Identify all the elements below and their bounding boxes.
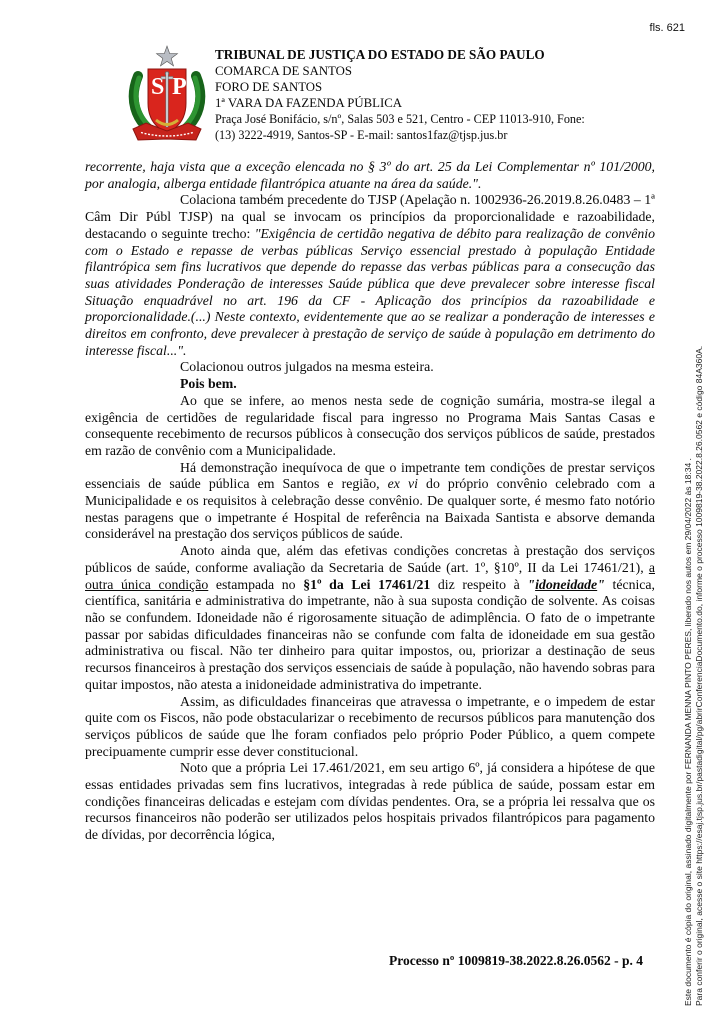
text-segment: ex vi [388,476,418,491]
text-segment: estampada no [208,577,303,592]
text-segment: Ao que se infere, ao menos nesta sede de… [85,393,655,458]
text-segment: §1º da Lei 17461/21 [303,577,430,592]
document-body: recorrente, haja vista que a exceção ele… [85,159,655,844]
court-name: TRIBUNAL DE JUSTIÇA DO ESTADO DE SÃO PAU… [215,47,655,63]
signature-note-line-1: Este documento é cópia do original, assi… [683,11,694,1006]
text-segment: Noto que a própria Lei 17.461/2021, em s… [85,760,655,842]
text-segment: Anoto ainda que, além das efetivas condi… [85,543,655,575]
vara-name: 1ª VARA DA FAZENDA PÚBLICA [215,95,655,111]
letterhead: TRIBUNAL DE JUSTIÇA DO ESTADO DE SÃO PAU… [215,47,655,143]
paragraph: Há demonstração inequívoca de que o impe… [85,460,655,544]
folio-number: fls. 621 [650,22,685,34]
digital-signature-note: Este documento é cópia do original, assi… [683,11,705,1006]
paragraph: Colaciona também precedente do TJSP (Ape… [85,192,655,359]
signature-note-line-2: Para conferir o original, acesse o site … [694,11,705,1006]
document-page: fls. 621 S P TRIBUNAL DE JUSTIÇA DO ESTA… [0,0,713,1009]
text-segment: Assim, as dificuldades financeiras que a… [85,694,655,759]
paragraph: Assim, as dificuldades financeiras que a… [85,694,655,761]
text-segment: técnica, científica, sanitária e adminis… [85,577,655,692]
paragraph: recorrente, haja vista que a exceção ele… [85,159,655,192]
text-segment: " [597,577,605,592]
shield-letter-p: P [172,74,187,100]
text-segment: idoneidade [535,577,597,592]
text-segment: Colacionou outros julgados na mesma este… [180,359,434,374]
text-segment: Pois bem. [180,376,237,391]
paragraph: Noto que a própria Lei 17.461/2021, em s… [85,760,655,844]
sword-blade [166,72,169,127]
paragraph: Colacionou outros julgados na mesma este… [85,359,655,376]
sao-paulo-coat-of-arms-icon: S P [126,44,208,146]
comarca-name: COMARCA DE SANTOS [215,63,655,79]
paragraph: Ao que se infere, ao menos nesta sede de… [85,393,655,460]
foro-name: FORO DE SANTOS [215,79,655,95]
paragraph: Anoto ainda que, além das efetivas condi… [85,543,655,693]
process-number-footer: Processo nº 1009819-38.2022.8.26.0562 - … [85,953,643,969]
star-icon [157,46,178,66]
text-segment: "Exigência de certidão negativa de débit… [85,226,655,358]
address-line-2: (13) 3222-4919, Santos-SP - E-mail: sant… [215,127,655,143]
text-segment: " [527,577,535,592]
text-segment: diz respeito à [430,577,527,592]
paragraph: Pois bem. [85,376,655,393]
text-segment: recorrente, haja vista que a exceção ele… [85,159,655,191]
address-line-1: Praça José Bonifácio, s/nº, Salas 503 e … [215,111,655,127]
